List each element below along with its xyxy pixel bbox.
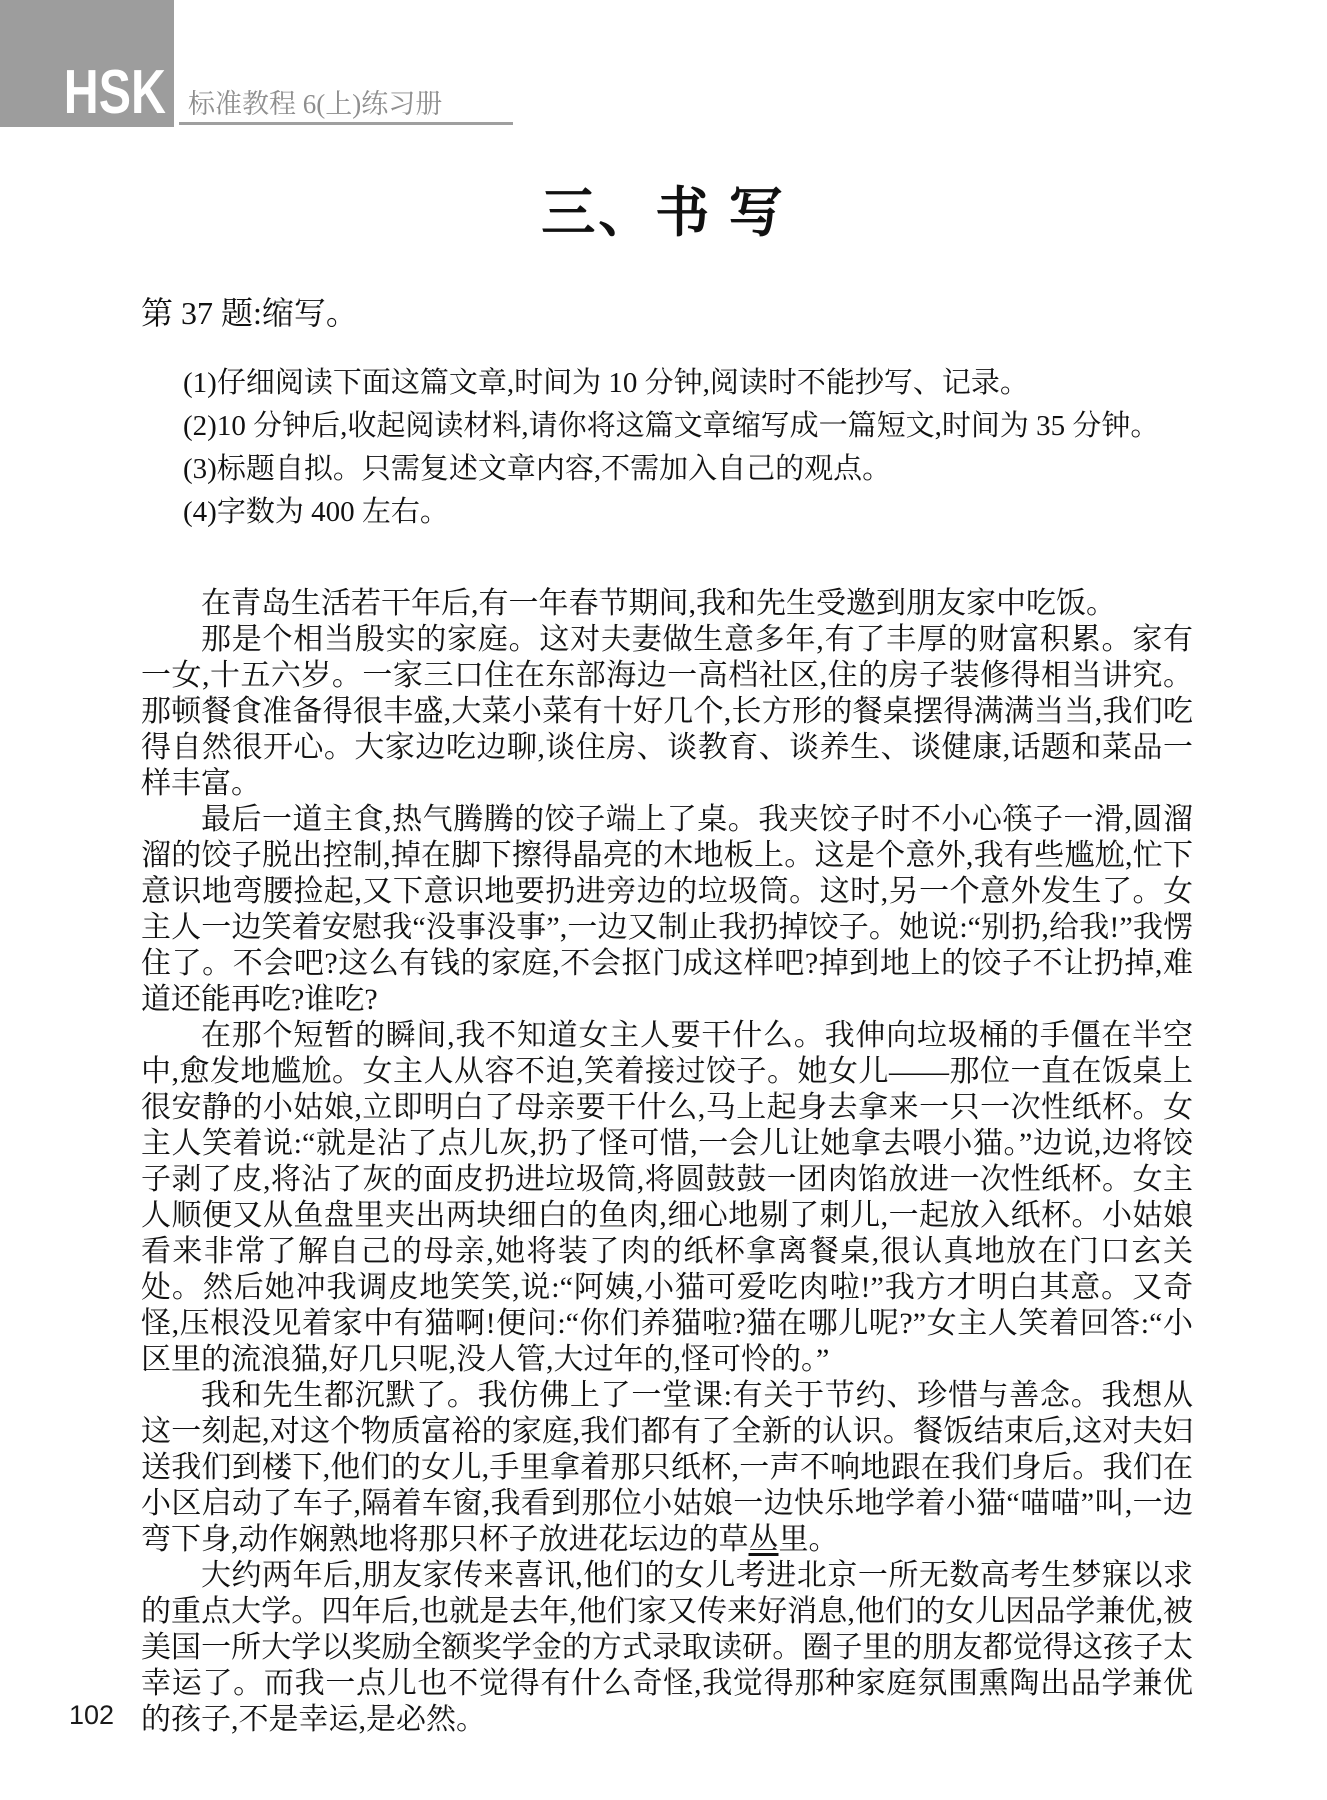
passage-paragraph: 大约两年后,朋友家传来喜讯,他们的女儿考进北京一所无数高考生梦寐以求的重点大学。… bbox=[141, 1558, 1193, 1738]
instruction-item: (1)仔细阅读下面这篇文章,时间为 10 分钟,阅读时不能抄写、记录。 bbox=[183, 362, 1159, 405]
section-title: 三、书 写 bbox=[0, 170, 1327, 247]
hsk-logo-text: HSK bbox=[64, 64, 166, 123]
passage-text: 那是个相当殷实的家庭。这对夫妻做生意多年,有了丰厚的财富积累。家有一女,十五六岁… bbox=[141, 623, 1193, 800]
hsk-logo-block: HSK bbox=[0, 0, 174, 127]
passage-paragraph: 在青岛生活若干年后,有一年春节期间,我和先生受邀到朋友家中吃饭。 bbox=[141, 586, 1193, 622]
passage-text: 在青岛生活若干年后,有一年春节期间,我和先生受邀到朋友家中吃饭。 bbox=[201, 587, 1116, 620]
passage-paragraph: 在那个短暂的瞬间,我不知道女主人要干什么。我伸向垃圾桶的手僵在半空中,愈发地尴尬… bbox=[141, 1018, 1193, 1378]
passage-text: 在那个短暂的瞬间,我不知道女主人要干什么。我伸向垃圾桶的手僵在半空中,愈发地尴尬… bbox=[141, 1019, 1193, 1376]
passage-text: 最后一道主食,热气腾腾的饺子端上了桌。我夹饺子时不小心筷子一滑,圆溜溜的饺子脱出… bbox=[141, 803, 1193, 1016]
instructions-list: (1)仔细阅读下面这篇文章,时间为 10 分钟,阅读时不能抄写、记录。(2)10… bbox=[183, 362, 1159, 534]
instruction-item: (3)标题自拟。只需复述文章内容,不需加入自己的观点。 bbox=[183, 448, 1159, 491]
passage-paragraph: 我和先生都沉默了。我仿佛上了一堂课:有关于节约、珍惜与善念。我想从这一刻起,对这… bbox=[141, 1378, 1193, 1558]
underlined-text: 丛 bbox=[749, 1523, 779, 1556]
passage-paragraph: 那是个相当殷实的家庭。这对夫妻做生意多年,有了丰厚的财富积累。家有一女,十五六岁… bbox=[141, 622, 1193, 802]
book-subtitle: 标准教程 6(上)练习册 bbox=[188, 82, 442, 121]
header-rule bbox=[179, 122, 513, 125]
instruction-item: (4)字数为 400 左右。 bbox=[183, 491, 1159, 534]
passage-text: 我和先生都沉默了。我仿佛上了一堂课:有关于节约、珍惜与善念。我想从这一刻起,对这… bbox=[141, 1379, 1193, 1556]
passage-text: 里。 bbox=[779, 1523, 839, 1556]
passage-paragraph: 最后一道主食,热气腾腾的饺子端上了桌。我夹饺子时不小心筷子一滑,圆溜溜的饺子脱出… bbox=[141, 802, 1193, 1018]
question-label: 第 37 题:缩写。 bbox=[141, 288, 358, 334]
passage-text: 大约两年后,朋友家传来喜讯,他们的女儿考进北京一所无数高考生梦寐以求的重点大学。… bbox=[141, 1559, 1193, 1736]
instruction-item: (2)10 分钟后,收起阅读材料,请你将这篇文章缩写成一篇短文,时间为 35 分… bbox=[183, 405, 1159, 448]
workbook-page: HSK 标准教程 6(上)练习册 三、书 写 第 37 题:缩写。 (1)仔细阅… bbox=[0, 0, 1327, 1800]
page-number: 102 bbox=[69, 1700, 114, 1731]
passage: 在青岛生活若干年后,有一年春节期间,我和先生受邀到朋友家中吃饭。那是个相当殷实的… bbox=[141, 586, 1193, 1738]
